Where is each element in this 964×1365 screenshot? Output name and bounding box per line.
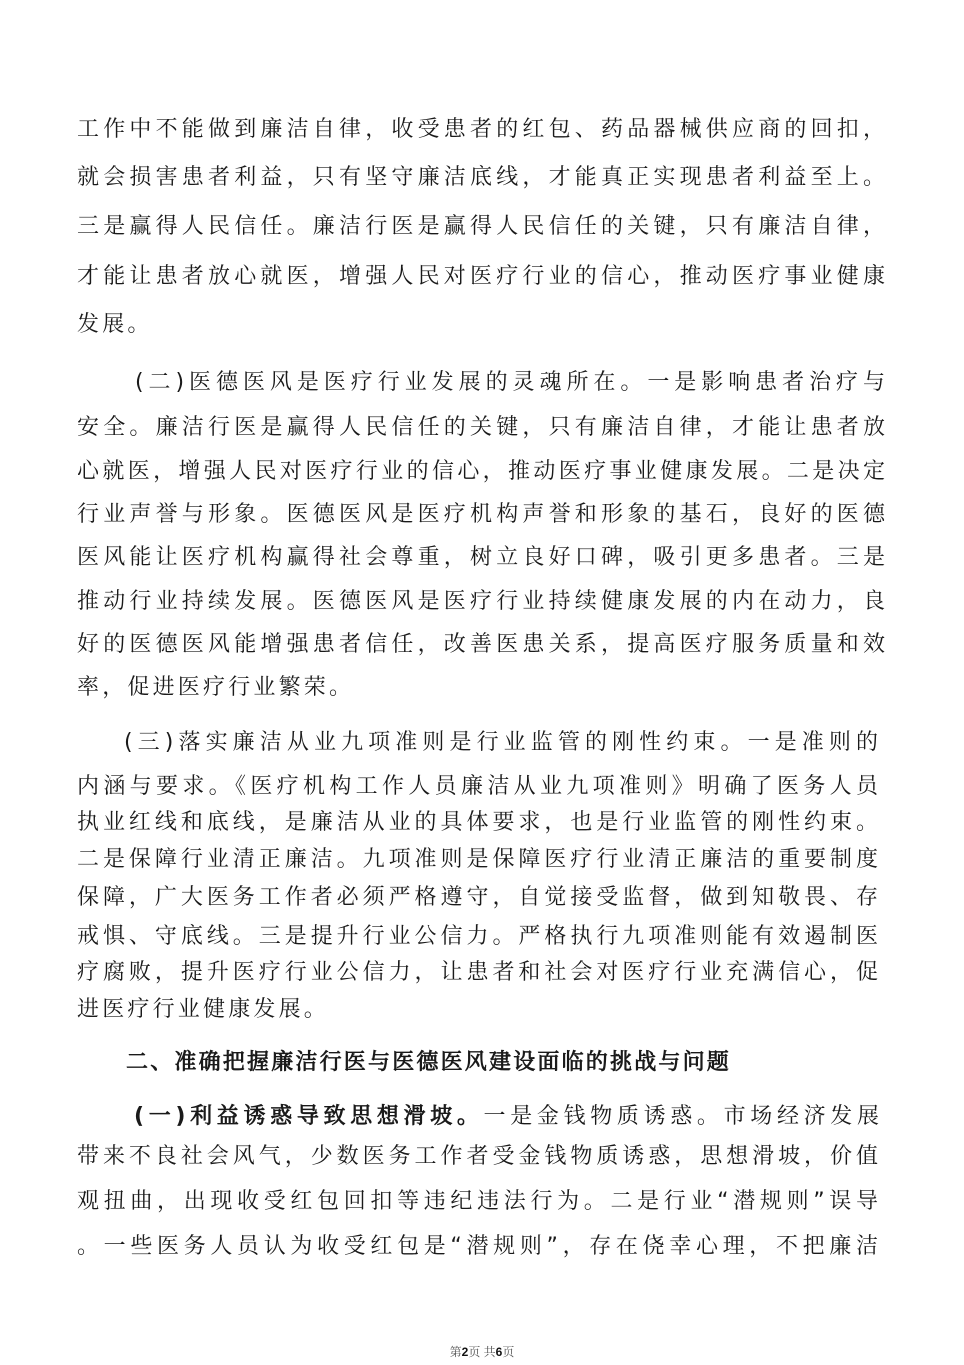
paragraph-3-line-8: 进医疗行业健康发展。 — [77, 995, 885, 1025]
paragraph-3-line-2: 内涵与要求。《医疗机构工作人员廉洁从业九项准则》明确了医务人员 — [77, 772, 878, 802]
paragraph-2-line-1: (二)医德医风是医疗行业发展的灵魂所在。一是影响患者治疗与 — [135, 368, 885, 398]
paragraph-3-line-4: 二是保障行业清正廉洁。九项准则是保障医疗行业清正廉洁的重要制度 — [77, 845, 878, 875]
paragraph-2-line-7: 好的医德医风能增强患者信任，改善医患关系，提高医疗服务质量和效 — [77, 630, 885, 660]
paragraph-3-line-1: (三)落实廉洁从业九项准则是行业监管的刚性约束。一是准则的 — [124, 728, 878, 758]
paragraph-2-line-5: 医风能让医疗机构赢得社会尊重，树立良好口碑，吸引更多患者。三是 — [77, 543, 885, 573]
paragraph-2-line-2: 安全。廉洁行医是赢得人民信任的关键，只有廉洁自律，才能让患者放 — [77, 413, 885, 443]
paragraph-4-line-1: (一)利益诱惑导致思想滑坡。一是金钱物质诱惑。市场经济发展 — [134, 1102, 879, 1132]
paragraph-3-line-6: 戒惧、守底线。三是提升行业公信力。严格执行九项准则能有效遏制医 — [77, 922, 878, 952]
paragraph-4-bold-lead: (一)利益诱惑导致思想滑坡。 — [134, 1104, 484, 1129]
paragraph-4-line-1-rest: 一是金钱物质诱惑。市场经济发展 — [484, 1104, 879, 1129]
paragraph-4-line-2: 带来不良社会风气，少数医务工作者受金钱物质诱惑，思想滑坡，价值 — [77, 1142, 878, 1172]
paragraph-2-line-8: 率，促进医疗行业繁荣。 — [77, 673, 885, 703]
paragraph-1-line-2: 就会损害患者利益，只有坚守廉洁底线，才能真正实现患者利益至上。 — [77, 163, 885, 193]
section-heading: 二、准确把握廉洁行医与医德医风建设面临的挑战与问题 — [126, 1048, 766, 1078]
paragraph-1-line-5: 发展。 — [77, 310, 885, 340]
paragraph-3-line-3: 执业红线和底线，是廉洁从业的具体要求，也是行业监管的刚性约束。 — [77, 808, 878, 838]
paragraph-4-line-4: 。一些医务人员认为收受红包是“潜规则”，存在侥幸心理，不把廉洁 — [77, 1232, 878, 1262]
footer-suffix: 页 — [502, 1345, 514, 1359]
paragraph-3-line-5: 保障，广大医务工作者必须严格遵守，自觉接受监督，做到知敬畏、存 — [77, 883, 878, 913]
paragraph-2-line-6: 推动行业持续发展。医德医风是医疗行业持续健康发展的内在动力，良 — [77, 587, 885, 617]
paragraph-1-line-3: 三是赢得人民信任。廉洁行医是赢得人民信任的关键，只有廉洁自律， — [77, 212, 885, 242]
page-footer: 第2页 共6页 — [0, 1343, 964, 1360]
footer-prefix: 第 — [450, 1345, 462, 1359]
paragraph-2-line-4: 行业声誉与形象。医德医风是医疗机构声誉和形象的基石，良好的医德 — [77, 500, 885, 530]
paragraph-3-line-7: 疗腐败，提升医疗行业公信力，让患者和社会对医疗行业充满信心，促 — [77, 958, 878, 988]
footer-middle: 页 共 — [468, 1345, 495, 1359]
paragraph-4-line-3: 观扭曲，出现收受红包回扣等违纪违法行为。二是行业“潜规则”误导 — [77, 1187, 878, 1217]
document-page: 工作中不能做到廉洁自律，收受患者的红包、药品器械供应商的回扣， 就会损害患者利益… — [0, 0, 964, 1365]
paragraph-1-line-4: 才能让患者放心就医，增强人民对医疗行业的信心，推动医疗事业健康 — [77, 262, 885, 292]
paragraph-2-line-3: 心就医，增强人民对医疗行业的信心，推动医疗事业健康发展。二是决定 — [77, 457, 885, 487]
paragraph-1-line-1: 工作中不能做到廉洁自律，收受患者的红包、药品器械供应商的回扣， — [77, 115, 885, 145]
